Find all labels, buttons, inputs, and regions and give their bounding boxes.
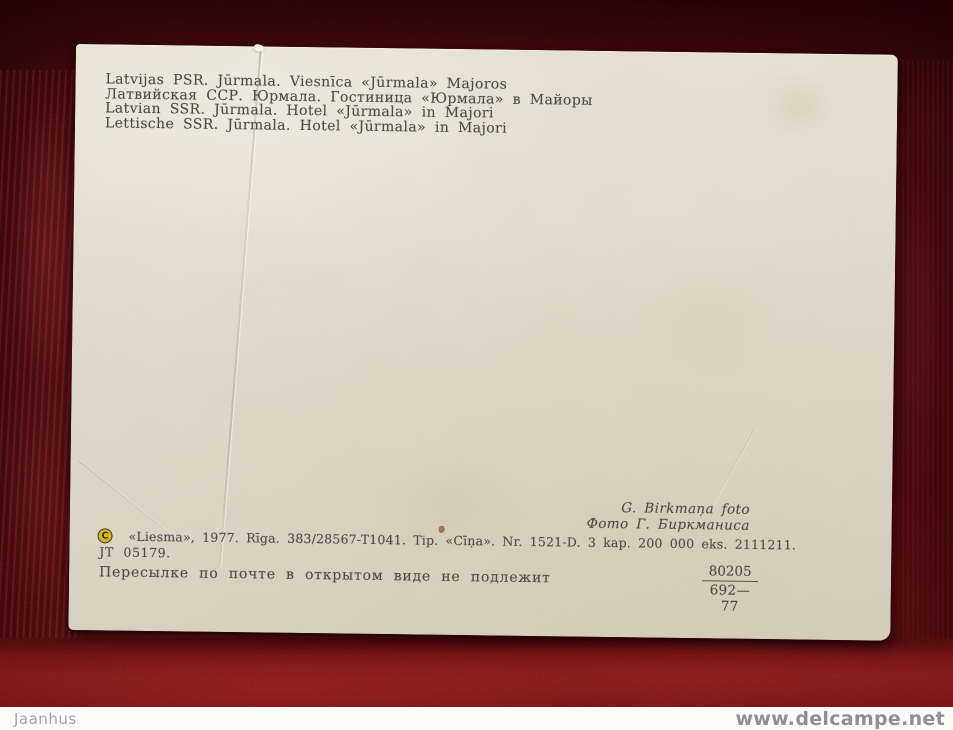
top-edge-crease-notch: [253, 44, 264, 52]
right-side-crease: [712, 430, 755, 506]
seller-watermark: Jaanhus: [14, 710, 77, 728]
index-numerator: 80205: [702, 563, 758, 582]
index-denominator: 692—77: [702, 581, 758, 615]
postal-note: Пересылке по почте в открытом виде не по…: [99, 564, 551, 586]
leather-background: Latvijas PSR. Jūrmala. Viesnīca «Jūrmala…: [0, 0, 953, 707]
postcard-back: Latvijas PSR. Jūrmala. Viesnīca «Jūrmala…: [68, 44, 898, 641]
paper-stain: [632, 271, 783, 383]
leather-texture-bottom: [0, 638, 953, 707]
brown-speck-stain: [439, 526, 445, 533]
postcard-photo-scene: Latvijas PSR. Jūrmala. Viesnīca «Jūrmala…: [0, 0, 953, 730]
photo-credit: G. Birkmaņa foto Фото Г. Биркманиса: [587, 500, 750, 534]
copyright-icon: C: [97, 528, 112, 543]
watermark-strip: Jaanhus www.delcampe.net: [0, 707, 953, 730]
photo-credit-russian: Фото Г. Биркманиса: [587, 516, 750, 534]
caption-block: Latvijas PSR. Jūrmala. Viesnīca «Jūrmala…: [105, 72, 593, 137]
index-number: 80205 692—77: [702, 563, 759, 615]
leather-texture-right: [897, 60, 953, 660]
site-watermark: www.delcampe.net: [735, 708, 945, 730]
order-code: JT 05179.: [99, 544, 171, 560]
paper-stain: [753, 71, 844, 142]
